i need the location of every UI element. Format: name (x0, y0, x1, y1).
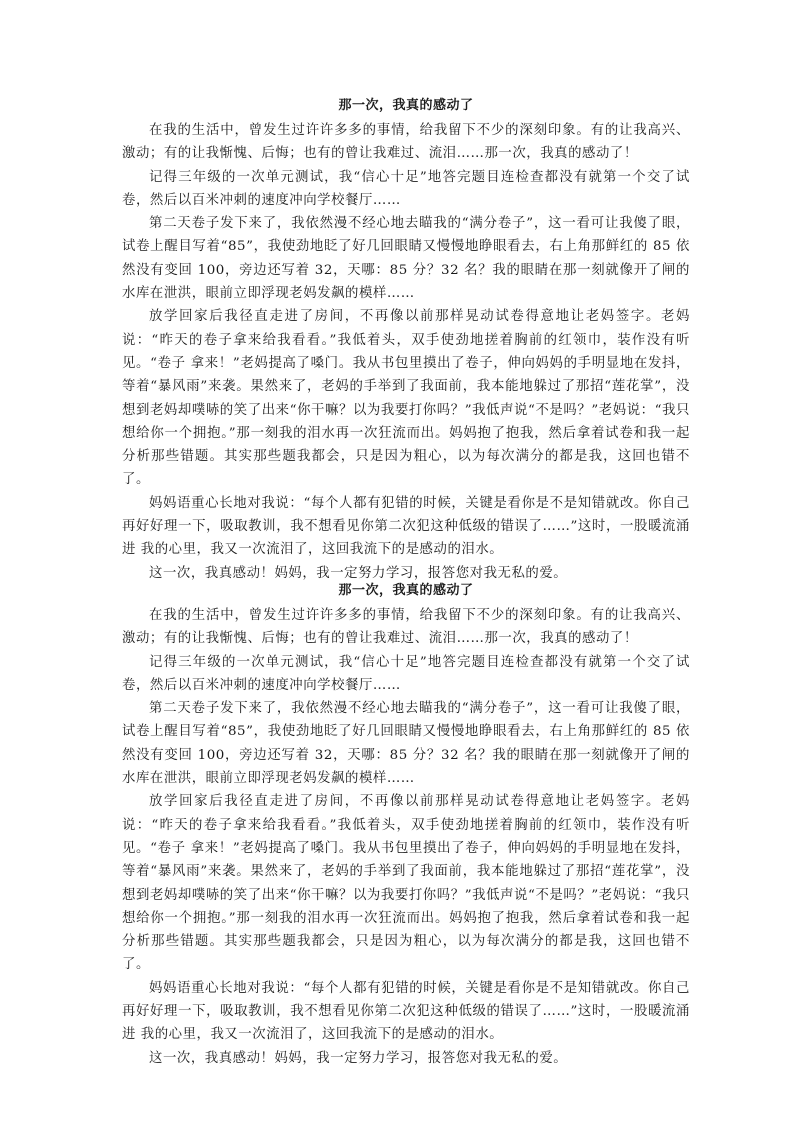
essay-2: 那一次，我真的感动了 在我的生活中，曾发生过许许多多的事情，给我留下不少的深刻印… (122, 581, 690, 1070)
essay-1: 那一次，我真的感动了 在我的生活中，曾发生过许许多多的事情，给我留下不少的深刻印… (122, 96, 690, 585)
essay-paragraph-2: 记得三年级的一次单元测试，我“信心十足”地答完题目连检查都没有就第一个交了试卷，… (122, 166, 690, 213)
essay-paragraph-3: 第二天卷子发下来了，我依然漫不经心地去瞄我的“满分卷子”，这一看可让我傻了眼，试… (122, 212, 690, 305)
essay-paragraph-1: 在我的生活中，曾发生过许许多多的事情，给我留下不少的深刻印象。有的让我高兴、激动… (122, 119, 690, 166)
essay-paragraph-3: 第二天卷子发下来了，我依然漫不经心地去瞄我的“满分卷子”，这一看可让我傻了眼，试… (122, 697, 690, 790)
essay-paragraph-5: 妈妈语重心长地对我说：“每个人都有犯错的时候，关键是看你是不是知错就改。你自己再… (122, 492, 690, 562)
essay-paragraph-4: 放学回家后我径直走进了房间，不再像以前那样晃动试卷得意地让老妈签字。老妈说：“昨… (122, 305, 690, 491)
essay-paragraph-1: 在我的生活中，曾发生过许许多多的事情，给我留下不少的深刻印象。有的让我高兴、激动… (122, 604, 690, 651)
essay-title: 那一次，我真的感动了 (122, 581, 690, 601)
essay-title: 那一次，我真的感动了 (122, 96, 690, 116)
essay-paragraph-5: 妈妈语重心长地对我说：“每个人都有犯错的时候，关键是看你是不是知错就改。你自己再… (122, 977, 690, 1047)
essay-paragraph-6: 这一次，我真感动！妈妈，我一定努力学习，报答您对我无私的爱。 (122, 1047, 690, 1070)
document-page: 那一次，我真的感动了 在我的生活中，曾发生过许许多多的事情，给我留下不少的深刻印… (0, 0, 800, 1132)
essay-paragraph-2: 记得三年级的一次单元测试，我“信心十足”地答完题目连检查都没有就第一个交了试卷，… (122, 651, 690, 698)
essay-paragraph-4: 放学回家后我径直走进了房间，不再像以前那样晃动试卷得意地让老妈签字。老妈说：“昨… (122, 790, 690, 976)
